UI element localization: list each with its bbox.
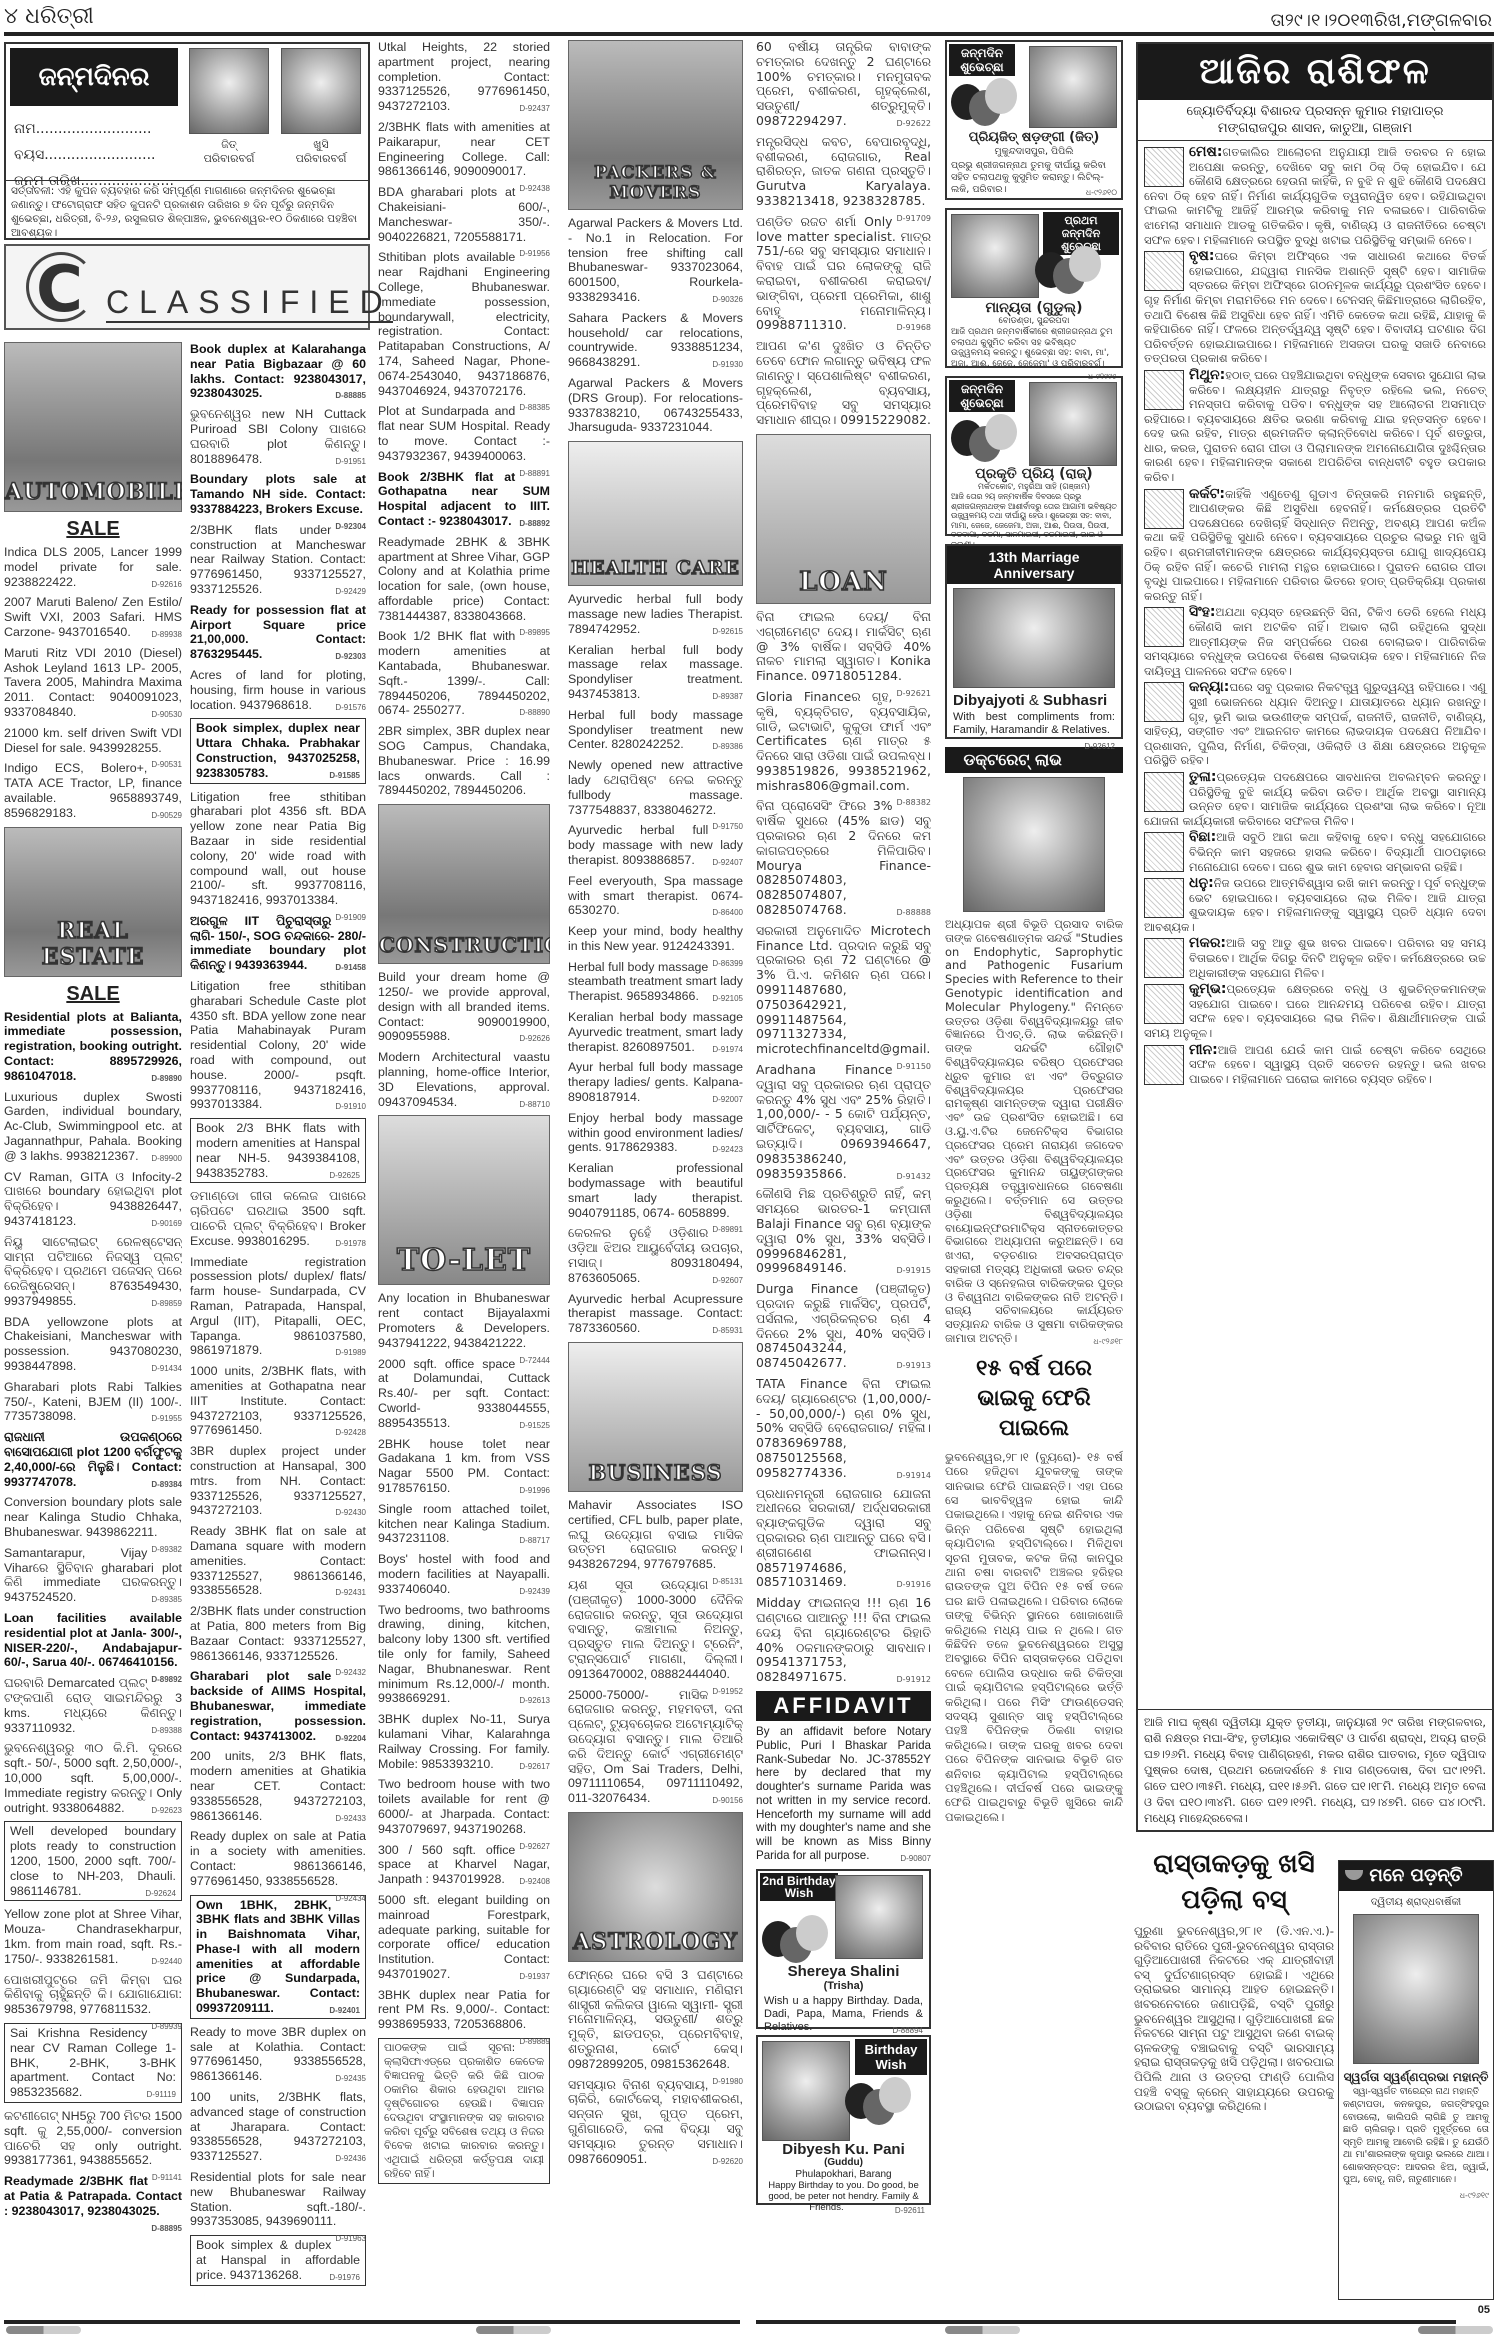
obituary-code: ଧ-୯୨୬୧୯: [1460, 2190, 1489, 2203]
ad-code: D-88891: [519, 467, 550, 482]
sign-text: ଆଜି ଆପଣ ଯେଉଁ କାମ ପାଇଁ ଚେଷ୍ଟା କରିବେ ସେଥିର…: [1189, 1043, 1486, 1086]
ad-text: Agarwal Packers & Movers Ltd. - No.1 in …: [568, 216, 743, 304]
classified-ad: BDA yellowzone plots at Chakeisiani, Man…: [4, 1315, 182, 1374]
ad-code: D-92428: [335, 1426, 366, 1441]
ad-text: ପଣ୍ଡିତ ରଜତ ଶର୍ମା Only love matter specia…: [756, 214, 931, 333]
couple-photo: [953, 588, 1115, 688]
ad-code: D-89892: [151, 1673, 182, 1688]
ad-code: D-92625: [329, 1169, 360, 1184]
horoscope-sign-entry: କୁମ୍ଭ:ପ୍ରତ୍ୟେକ କ୍ଷେତ୍ରରେ ବନ୍ଧୁ ଓ ଶୁଭଚିନ୍…: [1144, 982, 1486, 1040]
ad-code: D-92434: [335, 1892, 366, 1907]
ad-text: Durga Finance (ପଞ୍ଜୀକୃତ) ପ୍ରଦାନ କରୁଛି ମା…: [756, 1281, 931, 1370]
ad-code: D-89382: [151, 1543, 182, 1558]
classified-ad: ସରକାରୀ ଅନୁମୋଦିତ Microtech Finance Ltd. ପ…: [756, 924, 931, 1057]
ad-code: D-89889: [519, 2035, 550, 2050]
birthday-name-2: ମାନ୍ୟତା (ଗୁଡୁଲ୍): [947, 300, 1121, 316]
issue-date: ତା୨୯।୧।୨୦୧୩ରିଖ,ମଙ୍ଗଳବାର: [1271, 10, 1492, 31]
lamp-icon: [1345, 1870, 1363, 1880]
obituary-photo: [1353, 1914, 1479, 2064]
ad-text: 2/3BHK flats with amenities at Paikarapu…: [378, 120, 550, 178]
ad-code: D-91750: [712, 820, 743, 835]
ad-code: D-91913: [897, 1359, 932, 1374]
birthday-box-manyata: ପ୍ରଥମ ଜନ୍ମଦିନ ଶୁଭେଚ୍ଛା ମାନ୍ୟତା (ଗୁଡୁଲ୍) …: [945, 208, 1123, 368]
ad-code: D-85131: [712, 1575, 743, 1590]
classified-ad: Ayur herbal full body massage therapy la…: [568, 1060, 743, 1104]
birthday-coupon: ଜନ୍ମଦିନର ଶୁଭେଚ୍ଛା ନାମ...................…: [4, 42, 370, 240]
column-property-ads: Book duplex at Kalarahanga near Patia Bi…: [190, 342, 366, 2317]
wish-code-2: D-92611: [895, 2205, 925, 2216]
wish-nick: (Trisha): [758, 1980, 929, 1992]
ad-code: D-91909: [335, 911, 366, 926]
ad-code: D-89384: [151, 1478, 182, 1493]
zodiac-sign-icon: [1144, 607, 1184, 647]
ad-code: D-91952: [712, 1685, 743, 1700]
ad-text: Newly opened new attractive lady ଥେରାପିଷ…: [568, 758, 743, 816]
page-scroll-handle-1[interactable]: [6, 2326, 81, 2334]
classified-ad: Two bedrooms, two bathrooms drawing, din…: [378, 1603, 550, 1707]
ad-text: Midday ଫାଇନାନ୍ସ !!! ଋଣ 16 ଘଣ୍ଟାରେ ପାଆନ୍ତ…: [756, 1595, 931, 1684]
sign-name: ମକର:: [1189, 935, 1226, 951]
sign-text: ହଠାତ୍ ଘରେ ପହଞ୍ଚିଯାଇଥିବା ବନ୍ଧୁଙ୍କ ସେବାର ସ…: [1144, 368, 1486, 484]
ad-text: ପ୍ରଧାନମନ୍ତ୍ରୀ ରୋଜଗାର ଯୋଜନା ଅଧୀନରେ ସରକାରୀ…: [756, 1486, 931, 1590]
column-property-tolet: Utkal Heights, 22 storied apartment proj…: [378, 40, 550, 2317]
ad-code: D-88890: [519, 706, 550, 721]
ad-text: ପୋଖରୀପୁଟ୍‌ରେ ଜମି କିମ୍ବା ଘର କିଣିବାକୁ ଚାହୁ…: [4, 1973, 182, 2017]
classified-ad: 25000-75000/- ମାସିକ ରୋଜଗାର କରନ୍ତୁ, ମହମବତ…: [568, 1688, 743, 1806]
classified-ad: ଫୋନ୍‌ରେ ଘରେ ବସି 3 ଘଣ୍ଟାରେ ଗ୍ୟାରେଣ୍ଟି ସହ …: [568, 1968, 743, 2072]
zodiac-sign-icon: [1144, 1045, 1184, 1085]
ad-code: D-92433: [335, 1812, 366, 1827]
classified-ad: Modern Architectural vaastu planning, ho…: [378, 1050, 550, 1109]
coupon-field-age[interactable]: ବୟସ.........................: [14, 142, 174, 168]
obituary-subtitle: ଦ୍ୱିତୀୟ ଶ୍ରାଦ୍ଧବାର୍ଷିକୀ: [1339, 1897, 1493, 1908]
ad-code: D-91996: [519, 1484, 550, 1499]
classified-ad: Book 2/3 BHK flats with modern amenities…: [190, 1118, 366, 1183]
horoscope-sign-entry: କର୍କଟ:କାହିଁକି ଏଣୁତେଣୁ ଗୁଡାଏ ଚିନ୍ତାକରି ମନ…: [1144, 487, 1486, 604]
classified-banner: C CLASSIFIED: [4, 244, 370, 330]
ad-text: କଟଣୀଗେଟ୍ NH5ରୁ 700 ମିଟର 1500 sqft. କୁ 2,…: [4, 2109, 182, 2167]
shereya-photo: [835, 1875, 923, 1959]
ad-code: D-92304: [335, 520, 366, 535]
classified-ad: Ready duplex on sale at Patia in a socie…: [190, 1829, 366, 1888]
classified-ad: Gharabari plots Rabi Talkies 750/-, Kate…: [4, 1380, 182, 1424]
ad-text: Ready duplex on sale at Patia in a socie…: [190, 1829, 366, 1887]
obituary-title: ମନେ ପଡ଼ନ୍ତି: [1339, 1861, 1493, 1891]
birthday-box-raj: ଜନ୍ମଦିନ ଶୁଭେଚ୍ଛା ପ୍ରକୃତି ପ୍ରିୟ (ରାଜ୍) ମର…: [945, 376, 1123, 536]
classified-ad: 5000 sft. elegant building on mainroad F…: [378, 1893, 550, 1982]
horoscope-sign-entry: ବିଛା:ଆଜି ସବୁଠି ଆଗ କଥା କହିବାକୁ ହେବ। ବନ୍ଧୁ…: [1144, 830, 1486, 874]
anniversary-title: 13th Marriage Anniversary: [947, 546, 1121, 584]
ad-code: D-92622: [897, 117, 932, 132]
classified-ad: ପ୍ରଧାନମନ୍ତ୍ରୀ ରୋଜଗାର ଯୋଜନା ଅଧୀନରେ ସରକାରୀ…: [756, 1487, 931, 1591]
kid-1-family: ପରିବାରବର୍ଗ: [189, 152, 269, 166]
sign-name: ସିଂହ:: [1189, 604, 1216, 620]
classified-ad: ମନ୍ତ୍ରସିଦ୍ଧ କବଚ, ବେପାରବୃଦ୍ଧି, ବଶୀକରଣ, ରୋ…: [756, 135, 931, 209]
ad-text: Conversion boundary plots sale near Kali…: [4, 1495, 182, 1539]
classified-ad: Herbal full body massage Spondyliser tre…: [568, 708, 743, 752]
ad-text: ଫୋନ୍‌ରେ ଘରେ ବସି 3 ଘଣ୍ଟାରେ ଗ୍ୟାରେଣ୍ଟି ସହ …: [568, 1968, 743, 2071]
classified-ad: ପୋଖରୀପୁଟ୍‌ରେ ଜମି କିମ୍ବା ଘର କିଣିବାକୁ ଚାହୁ…: [4, 1973, 182, 2017]
kid-photo-2: [281, 48, 361, 134]
horoscope-panel: ଆଜିର ରାଶିଫଳ ଜ୍ୟୋତିର୍ବିଦ୍ୟା ବିଶାରଦ ପ୍ରସନ୍…: [1136, 42, 1494, 1832]
tolet-image: TO-LET: [378, 1115, 550, 1285]
classified-ad: Mahavir Associates ISO certified, CFL bu…: [568, 1498, 743, 1572]
page-scroll-handle-2[interactable]: [476, 2326, 551, 2334]
ad-text: TATA Finance ବିନା ଫାଇଲ ଦେୟ/ ଗ୍ୟାରେଣ୍ଟର (…: [756, 1376, 931, 1480]
classified-ad: କୌଣସି ମିଛ ପ୍ରତିଶ୍ରୁତି ନାହିଁ, କମ୍ ସମୟରେ ଭ…: [756, 1187, 931, 1276]
zodiac-sign-icon: [1144, 984, 1184, 1024]
header-rule: [4, 32, 1494, 36]
ad-code: D-92621: [897, 687, 932, 702]
business-image: BUSINESS: [568, 1342, 743, 1492]
birthday-tag-3: ଜନ୍ମଦିନ ଶୁଭେଚ୍ଛା: [949, 380, 1015, 412]
ad-code: D-89938: [151, 628, 182, 643]
sign-name: ଧନୁ:: [1189, 875, 1214, 891]
classified-ad: କଟଣୀଗେଟ୍ NH5ରୁ 700 ମିଟର 1500 sqft. କୁ 2,…: [4, 2109, 182, 2168]
ad-code: D-92438: [519, 182, 550, 197]
ad-text: 21000 km. self driven Swift VDI Diesel f…: [4, 726, 182, 755]
classified-ad: Keep your mind, body healthy in this New…: [568, 924, 743, 954]
anniversary-msg: With best compliments from: Family, Hara…: [953, 711, 1115, 736]
ad-text: Litigation free sthitiban gharabari Sche…: [190, 979, 366, 1111]
anniversary-name-2: Subhasri: [1043, 692, 1107, 709]
ad-text: Litigation free sthitiban gharabari plot…: [190, 790, 366, 908]
ad-code: D-91956: [519, 247, 550, 262]
ad-code: D-90326: [712, 293, 743, 308]
classified-ad: Book duplex at Kalarahanga near Patia Bi…: [190, 342, 366, 401]
ad-text: Boundary plots sale at Tamando NH side. …: [190, 472, 366, 516]
ad-code: D-92105: [712, 992, 743, 1007]
ad-code: D-91978: [335, 1237, 366, 1252]
astrology-image: ASTROLOGY: [568, 1812, 743, 1962]
ad-text: Agarwal Packers & Movers (DRS Group). Fo…: [568, 376, 743, 434]
ad-code: D-92430: [335, 1506, 366, 1521]
classified-ad: Book 1/2 BHK flat with modern amenities …: [378, 629, 550, 718]
birthday-msg-3: ଆଜି ତୋର ୨ୟ ଜନ୍ମବାର୍ଷିକ ଦିବସରେ ପ୍ରଭୁ ଶ୍ରୀ…: [951, 492, 1117, 549]
classified-ad: ପଣ୍ଡିତ ରଜତ ଶର୍ମା Only love matter specia…: [756, 215, 931, 333]
wish-tag: 2nd Birthday Wish: [760, 1873, 838, 1901]
coupon-field-name[interactable]: ନାମ..........................: [14, 116, 174, 142]
ad-code: D-91150: [897, 1060, 932, 1075]
sign-name: ମୀନ:: [1189, 1042, 1218, 1058]
horoscope-sign-entry: ମୀନ:ଆଜି ଆପଣ ଯେଉଁ କାମ ପାଇଁ ଚେଷ୍ଟା କରିବେ ସ…: [1144, 1043, 1486, 1087]
ad-code: D-91141: [152, 2171, 182, 2186]
ad-code: D-88382: [897, 796, 932, 811]
loan-image: LOAN: [756, 434, 931, 604]
horoscope-title: ଆଜିର ରାଶିଫଳ: [1138, 44, 1492, 100]
birthday-code: ଧ-୯୨୬୧୦: [1086, 187, 1117, 199]
classified-ad: Keralian herbal full body massage relax …: [568, 643, 743, 702]
ad-code: D-91585: [329, 769, 360, 784]
classified-ad: 60 ବର୍ଷୀୟ ତାନ୍ତ୍ରିକ ବାବାଙ୍କ ଚମତ୍କାର ଦେଖନ…: [756, 40, 931, 129]
ad-text: Two bedroom house with two toilets avail…: [378, 1777, 550, 1835]
wish-tag-2: Birthday Wish: [855, 2039, 927, 2075]
ad-code: D-88888: [897, 906, 932, 921]
ad-text: ଆପଣ କ'ଣ ଦୁଃଖିତ ଓ ଚିନ୍ତିତ ତେବେ ଫୋନ ଲଗାନ୍ତ…: [756, 338, 931, 427]
classified-ad: Indica DLS 2005, Lancer 1999 model priva…: [4, 545, 182, 589]
classified-ad: Yellow zone plot at Shree Vihar, Mouza- …: [4, 1907, 182, 1966]
ad-code: D-89388: [151, 1724, 182, 1739]
column-services: PACKERS & MOVERS Agarwal Packers & Mover…: [568, 40, 743, 2317]
anniversary-code: D-92612: [1084, 740, 1115, 753]
wish-place-2: Phulapokhari, Barang: [758, 2169, 929, 2180]
classified-ad: ବିନା ପ୍ରୋସେସିଂ ଫିରେ 3% ବାର୍ଷିକ ସୁଧରେ (45…: [756, 799, 931, 917]
zodiac-sign-icon: [1144, 147, 1184, 187]
anniversary-box: 13th Marriage Anniversary Dibyajyoti & S…: [945, 544, 1123, 739]
classified-ad: ଭୁବନେଶ୍ୱର new NH Cuttack Puriroad SBI Co…: [190, 407, 366, 466]
classified-ad: 3BHK duplex near Patia for rent PM Rs. 9…: [378, 1988, 550, 2032]
reader-notice: ପାଠକଙ୍କ ପାଇଁ ସୂଚନା: କ୍ଲାସିଫାଏଡ୍‌ରେ ପ୍ରକା…: [378, 2038, 550, 2184]
wish-name: Shereya Shalini: [758, 1963, 929, 1980]
ad-code: D-92613: [519, 1694, 550, 1709]
birthday-place-2: ବୋଡଣ୍ଡା, ସୁନ୍ଦରପଦା: [947, 316, 1121, 326]
ad-text: Keralian professional bodymassage with b…: [568, 1161, 743, 1219]
ad-text: କୌଣସି ମିଛ ପ୍ରତିଶ୍ରୁତି ନାହିଁ, କମ୍ ସମୟରେ ଭ…: [756, 1186, 931, 1275]
raj-photo: [1029, 382, 1117, 466]
classified-ad: ବିନା ଫାଇଲ ଦେୟ/ ବିନା ଏଗ୍ରୀମେଣ୍ଟ ଦେୟ। ମାର୍…: [756, 610, 931, 684]
ad-code: D-89900: [151, 1152, 182, 1167]
ad-code: D-91915: [897, 1264, 932, 1279]
classified-ad: Sahara Packers & Movers household/ car r…: [568, 311, 743, 370]
page-scroll-handle-4[interactable]: [1418, 2326, 1493, 2334]
ampersand: &: [1029, 692, 1039, 709]
classified-ad: Sai Krishna Residency near CV Raman Coll…: [4, 2023, 182, 2103]
ad-code: D-91951: [335, 455, 366, 470]
ad-text: ମନ୍ତ୍ରସିଦ୍ଧ କବଚ, ବେପାରବୃଦ୍ଧି, ବଶୀକରଣ, ରୋ…: [756, 134, 931, 208]
ad-text: Aradhana Finance ଦ୍ୱାରା ସବୁ ପ୍ରକାରର ଋଣ ପ…: [756, 1062, 931, 1181]
sign-text: ଘରେ କିମ୍ବା ଅଫିସ୍‌ରେ ଏକ ସାଧାରଣ କଥାରେ ବିତର…: [1144, 249, 1486, 365]
classified-ad: Well developed boundary plots ready to c…: [4, 1821, 182, 1901]
ad-code: D-92423: [712, 1143, 743, 1158]
classified-ad: Ayurvedic herbal full body massage new l…: [568, 592, 743, 636]
ad-code: D-85931: [712, 1324, 743, 1339]
classified-ad: Residential plots at Balianta, immediate…: [4, 1010, 182, 1084]
zodiac-sign-icon: [1144, 370, 1184, 410]
ad-code: D-91963: [335, 2232, 366, 2247]
manyata-photo: [951, 214, 1039, 298]
birthday-msg-2: ଆଜି ପ୍ରଥମ ଜନ୍ମବାର୍ଷିକୀରେ ଶ୍ରୀଜଗନ୍ନାଥ ତୁମ…: [951, 327, 1113, 369]
ad-code: D-92204: [335, 1732, 366, 1747]
classified-ad: Gloria Financeର ଗୃହ, କୃଷି, ବ୍ୟକ୍ତିଗତ, ବ୍…: [756, 690, 931, 794]
health-care-image: HEALTH CARE: [568, 441, 743, 586]
astrologer-name: ଜ୍ୟୋତିର୍ବିଦ୍ୟା ବିଶାରଦ ପ୍ରସନ୍ନ କୁମାର ମହାପ…: [1138, 103, 1492, 120]
ad-code: D-92436: [335, 2152, 366, 2167]
ad-code: D-91458: [335, 961, 366, 976]
classified-ad: ଡମାଣ୍ଡୋ ଗୀତା କଲେଜ ପାଖରେ ଚାରିପଟେ ଘରଥାଇ 35…: [190, 1189, 366, 1248]
ad-code: D-92408: [519, 1875, 550, 1890]
ad-code: D-92626: [519, 1032, 550, 1047]
ad-code: D-88895: [151, 2222, 182, 2237]
jit-photo: [1029, 46, 1117, 128]
coupon-title: ଜନ୍ମଦିନର ଶୁଭେଚ୍ଛା: [10, 48, 178, 106]
wish-name-2: Dibyesh Ku. Pani: [758, 2141, 929, 2158]
classified-ad: ଭୁବନେଶ୍ୱରରୁ ୩୦ କି.ମି. ଦୂରରେ sqft.- 50/-,…: [4, 1741, 182, 1815]
classified-ad: 2/3BHK flats with amenities at Paikarapu…: [378, 120, 550, 179]
ad-text: ୟଶ ସୂତା ଉଦ୍ୟୋଗ (ପଞ୍ଜୀକୃତ) 1000-3000 ଦୈନି…: [568, 1578, 743, 1681]
zodiac-sign-icon: [1144, 832, 1184, 872]
bus-news-body: ପୁରୁଣା ଭୁବନେଶ୍ୱର,୨୮।୧ (ଡି.ଏନ.ଏ.)- ରବିବାର…: [1134, 1924, 1334, 2114]
ad-code: D-92303: [335, 650, 366, 665]
ad-code: D-92439: [519, 1585, 550, 1600]
birthday-box-jit: ଜନ୍ମଦିନ ଶୁଭେଚ୍ଛା ପ୍ରିୟଜିତ୍ ଷଡ଼ଙ୍ଗୀ (ଜିତ୍…: [945, 40, 1123, 200]
ad-code: D-91119: [147, 2088, 177, 2103]
ad-code: D-91968: [897, 321, 932, 336]
ad-code: D-92431: [335, 1586, 366, 1601]
sign-name: ବିଛା:: [1189, 829, 1216, 845]
ad-text: ସରକାରୀ ଅନୁମୋଦିତ Microtech Finance Ltd. ପ…: [756, 923, 931, 1056]
column-automobile-realestate: AUTOMOBILE SALE Indica DLS 2005, Lancer …: [4, 342, 182, 2317]
ad-code: D-89859: [151, 1297, 182, 1312]
classified-title: CLASSIFIED: [106, 284, 393, 323]
ad-code: D-92623: [151, 1804, 182, 1819]
classified-ad: Sthitiban plots available near Rajdhani …: [378, 250, 550, 398]
affidavit-heading: AFFIDAVIT: [756, 1691, 931, 1721]
classified-ad: 2/3BHK flats under construction at Patia…: [190, 1604, 366, 1663]
bus-news: ରାସ୍ତାକଡ଼କୁ ଖସି ପଡ଼ିଲା ବସ୍ ପୁରୁଣା ଭୁବନେଶ…: [1134, 1846, 1334, 2316]
classified-ad: Durga Finance (ପଞ୍ଜୀକୃତ) ପ୍ରଦାନ କରୁଛି ମା…: [756, 1282, 931, 1371]
classified-ad: Luxurious duplex Swosti Garden, individu…: [4, 1090, 182, 1164]
ad-code: D-90156: [712, 1794, 743, 1809]
doctorate-text: ଅଧ୍ୟାପକ ଶ୍ରୀ ବିଭୂତି ପ୍ରସାଦ ବାରିକ ତାଙ୍କ ଗ…: [945, 917, 1123, 1345]
ad-code: D-91916: [897, 1578, 932, 1593]
ad-text: Readymade 2BHK & 3BHK apartment at Shree…: [378, 535, 550, 623]
column-personal: ଜନ୍ମଦିନ ଶୁଭେଚ୍ଛା ପ୍ରିୟଜିତ୍ ଷଡ଼ଙ୍ଗୀ (ଜିତ୍…: [945, 40, 1123, 2317]
ad-text: Sthitiban plots available near Rajdhani …: [378, 250, 550, 397]
ad-text: 2BR simplex, 3BR duplex near SOG Campus,…: [378, 724, 550, 797]
ad-text: Immediate registration possession plots/…: [190, 1255, 366, 1358]
ad-code: D-88892: [519, 517, 550, 532]
sign-text: ଗତକାଲିର ଆଲୋଚନା ଅନୁଯାୟୀ ଆଜି ତରବର ନ ହୋଇ ଅପ…: [1144, 145, 1486, 247]
classified-ad: Residential plots for sale near new Bhub…: [190, 2170, 366, 2229]
obituary-spouse: ସ୍ୱା-ସ୍ୱର୍ଗତ ବୀରେନ୍ଦ୍ର ନାଥ ମହାନ୍ତି: [1339, 2087, 1493, 2097]
affidavit-text: By an affidavit before Notary Public, Pu…: [756, 1725, 931, 1862]
classified-ad: 100 units, 2/3BHK flats, advanced stage …: [190, 2090, 366, 2164]
classified-ad: Single room attached toilet, kitchen nea…: [378, 1502, 550, 1546]
real-estate-image: REAL ESTATE: [4, 827, 182, 977]
classified-ad: 3BHK duplex No-11, Surya kulamani Vihar,…: [378, 1712, 550, 1771]
ad-text: Mahavir Associates ISO certified, CFL bu…: [568, 1498, 743, 1571]
sign-name: କନ୍ୟା:: [1189, 679, 1229, 695]
birthday-name-3: ପ୍ରକୃତି ପ୍ରିୟ (ରାଜ୍): [947, 466, 1121, 482]
ad-text: 2/3BHK flats under construction at Patia…: [190, 1604, 366, 1662]
classified-ad: Agarwal Packers & Movers (DRS Group). Fo…: [568, 376, 743, 435]
page-label: ୪ ଧରିତ୍ରୀ: [4, 4, 94, 29]
ad-text: Own 1BHK, 2BHK, 3BHK flats and 3BHK Vill…: [196, 1898, 360, 2016]
classified-ad: Enjoy herbal body massage within good en…: [568, 1111, 743, 1155]
classified-ad: TATA Finance ବିନା ଫାଇଲ ଦେୟ/ ଗ୍ୟାରେଣ୍ଟର (…: [756, 1377, 931, 1481]
classified-ad: Litigation free sthitiban gharabari plot…: [190, 790, 366, 908]
classified-ad: ସମସ୍ୟାର ବିନାଶ ବ୍ୟବସାୟ, ଚାକିରି, କୋର୍ଟକେସ୍…: [568, 2078, 743, 2167]
ad-code: D-92432: [335, 1666, 366, 1681]
affidavit-code: D-90807: [900, 1852, 931, 1866]
ad-code: D-92435: [335, 2072, 366, 2087]
ad-code: D-91976: [329, 2271, 360, 2286]
classified-ad: 21000 km. self driven Swift VDI Diesel f…: [4, 726, 182, 756]
news-headline: ୧୫ ବର୍ଷ ପରେ ଭାଇକୁ ଫେରି ପାଇଲେ: [945, 1354, 1123, 1444]
ad-code: D-92607: [712, 1274, 743, 1289]
classified-ad: Build your dream home @ 1250/- we provid…: [378, 970, 550, 1044]
ad-code: D-89890: [151, 1072, 182, 1087]
birthday-wish-dibyesh: Birthday Wish Dibyesh Ku. Pani (Guddu) P…: [756, 2035, 931, 2205]
ad-code: D-89891: [712, 1223, 743, 1238]
classified-ad: Acres of land for ploting, housing, firm…: [190, 668, 366, 712]
sign-name: ବୃଷ:: [1189, 248, 1214, 264]
ad-text: Two bedrooms, two bathrooms drawing, din…: [378, 1603, 550, 1706]
panjika-text: ଆଜି ମାଘ କୃଷ୍ଣ ଦ୍ୱିତୀୟା ଯୁକ୍ତ ତୃତୀୟା, ଜାନ…: [1138, 1709, 1492, 1830]
horoscope-sign-entry: କନ୍ୟା:ଘରେ ସବୁ ପ୍ରକାର ନିକଟତ୍ତ୍ୱ ଗୁରୁଦ୍ୱନ୍…: [1144, 680, 1486, 768]
ad-code: D-91910: [335, 1100, 366, 1115]
classified-ad: Boys' hostel with food and modern facili…: [378, 1552, 550, 1596]
zodiac-sign-icon: [1144, 682, 1184, 722]
ad-code: D-91912: [897, 1673, 932, 1688]
footer-rule-right: [756, 2320, 1456, 2324]
ad-code: D-91914: [897, 1469, 932, 1484]
page-scroll-handle-3[interactable]: [945, 2326, 1020, 2334]
birthday-place: ମୁକୁନ୍ଦଦାସପୁର, ପିପିଲି: [947, 146, 1121, 157]
ad-code: D-92620: [712, 2155, 743, 2170]
ad-code: D-91974: [712, 1043, 743, 1058]
bus-news-headline: ରାସ୍ତାକଡ଼କୁ ଖସି ପଡ଼ିଲା ବସ୍: [1134, 1846, 1334, 1918]
ad-code: D-92401: [329, 2004, 360, 2019]
ad-code: D-90531: [151, 758, 182, 773]
ad-code: D-92627: [519, 1840, 550, 1855]
sign-name: ମିଥୁନ:: [1189, 367, 1225, 383]
kid-2-name: ଖୁସି: [281, 138, 361, 152]
horoscope-sign-entry: ତୁଳା:ପ୍ରତ୍ୟେକ ପଦକ୍ଷେପରେ ସାବଧାନତା ଅବଲମ୍ବନ…: [1144, 770, 1486, 828]
horoscope-sign-entry: ମେଷ:ଗତକାଲିର ଆଲୋଚନା ଅନୁଯାୟୀ ଆଜି ତରବର ନ ହୋ…: [1144, 145, 1486, 247]
sale-heading: SALE: [4, 518, 182, 541]
classified-ad: Ready 3BHK flat on sale at Damana square…: [190, 1524, 366, 1598]
ad-code: D-92429: [335, 585, 366, 600]
sign-text: ଆଜି ସବୁଠି ଆଗ କଥା କହିବାକୁ ହେବ। ବନ୍ଧୁ ସହଯୋ…: [1189, 830, 1486, 873]
birthday-place-3: ମର୍କତକୋଟ, ମହୁରିଆ ସାହି (ଗଞ୍ଜାମ): [947, 482, 1121, 492]
page-header: ୪ ଧରିତ୍ରୀ ତା୨୯।୧।୨୦୧୩ରିଖ,ମଙ୍ଗଳବାର: [0, 0, 1498, 34]
ad-code: D-88385: [519, 401, 550, 416]
classified-ad: Book simplex, duplex near Uttara Chhaka.…: [190, 718, 366, 783]
ad-text: Keep your mind, body healthy in this New…: [568, 924, 743, 953]
ad-text: ସମସ୍ୟାର ବିନାଶ ବ୍ୟବସାୟ, ଚାକିରି, କୋର୍ଟକେସ୍…: [568, 2078, 743, 2166]
ad-code: D-86400: [712, 906, 743, 921]
ad-text: 3BHK duplex near Patia for rent PM Rs. 9…: [378, 1988, 550, 2032]
classified-ad: Readymade 2BHK & 3BHK apartment at Shree…: [378, 535, 550, 624]
ad-text: Any location in Bhubaneswar rent contact…: [378, 1291, 550, 1349]
ad-text: 25000-75000/- ମାସିକ ରୋଜଗାର କରନ୍ତୁ, ମହମବତ…: [568, 1688, 743, 1806]
zodiac-sign-icon: [1144, 251, 1184, 291]
dibyesh-photo: [762, 2041, 850, 2141]
footer-rule-left: [4, 2320, 740, 2324]
classified-ad: Conversion boundary plots sale near Kali…: [4, 1495, 182, 1539]
ad-code: D-90529: [151, 809, 182, 824]
sign-name: କର୍କଟ:: [1189, 486, 1225, 502]
birthday-name: ପ୍ରିୟଜିତ୍ ଷଡ଼ଙ୍ଗୀ (ଜିତ୍): [947, 130, 1121, 145]
classified-ad: 3BR duplex project under construction at…: [190, 1444, 366, 1518]
sign-text: ଆଜି ସବୁ ଆଡୁ ଶୁଭ ଖବର ପାଇବେ। ପରିବାର ସହ ସମୟ…: [1189, 936, 1486, 979]
ad-text: Gloria Financeର ଗୃହ, କୃଷି, ବ୍ୟକ୍ତିଗତ, ବ୍…: [756, 689, 931, 793]
classified-ad: Midday ଫାଇନାନ୍ସ !!! ଋଣ 16 ଘଣ୍ଟାରେ ପାଆନ୍ତ…: [756, 1596, 931, 1685]
ad-code: D-91955: [151, 1412, 182, 1427]
ad-code: D-89895: [519, 626, 550, 641]
sign-name: କୁମ୍ଭ:: [1189, 981, 1226, 997]
ad-text: 60 ବର୍ଷୀୟ ତାନ୍ତ୍ରିକ ବାବାଙ୍କ ଚମତ୍କାର ଦେଖନ…: [756, 40, 931, 128]
classified-ad: Maruti Ritz VDI 2010 (Diesel) Ashok Leyl…: [4, 646, 182, 720]
column-finance: 60 ବର୍ଷୀୟ ତାନ୍ତ୍ରିକ ବାବାଙ୍କ ଚମତ୍କାର ଦେଖନ…: [756, 40, 931, 2317]
ad-code: D-91937: [519, 1970, 550, 1985]
classified-ad: Any location in Bhubaneswar rent contact…: [378, 1291, 550, 1350]
zodiac-sign-icon: [1144, 938, 1184, 978]
ad-code: D-92437: [519, 102, 550, 117]
ad-text: Book 1/2 BHK flat with modern amenities …: [378, 629, 550, 717]
horoscope-sign-entry: ସିଂହ:ଅଯଥା ବ୍ୟସ୍ତ ହେଉଛନ୍ତି ସିନା, ଟିକିଏ ଡେ…: [1144, 605, 1486, 678]
